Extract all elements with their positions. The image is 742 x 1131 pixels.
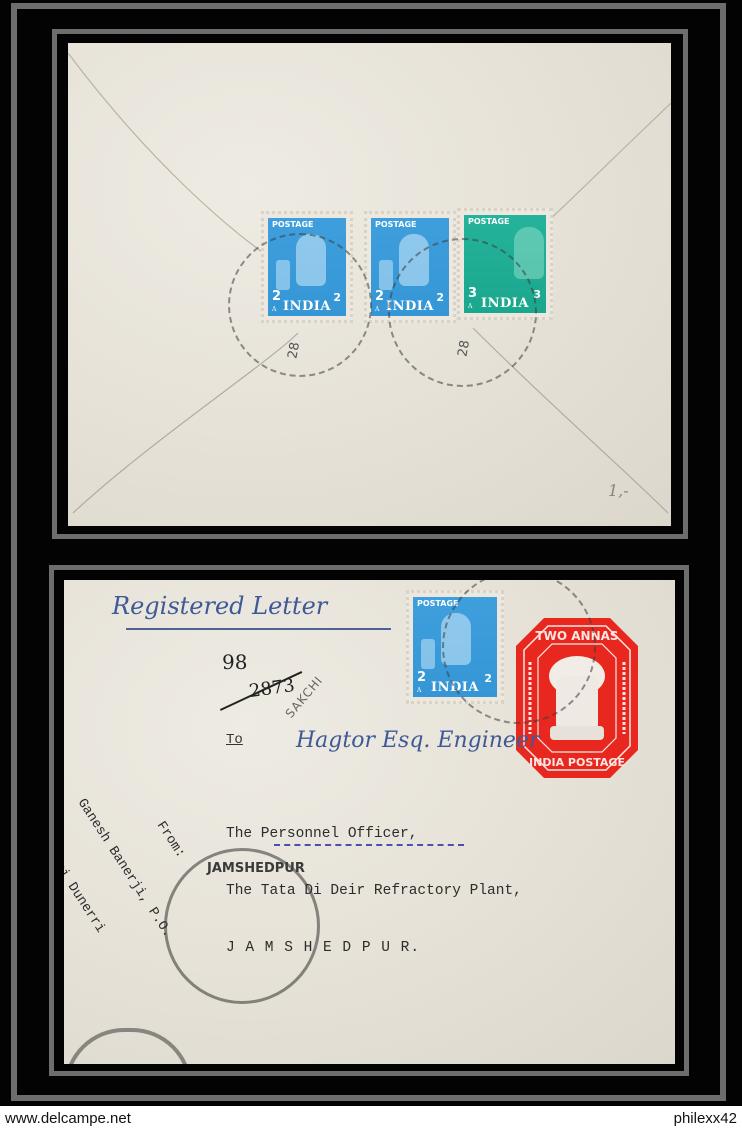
stamp-caption: POSTAGE	[468, 217, 509, 226]
display-frame: POSTAGE 2 2 A INDIA POSTAGE 2 2 A INDIA	[0, 0, 742, 1106]
partial-postmark	[64, 1028, 192, 1064]
envelope-front-panel: Registered Letter 98 2873 SAKCHI POSTAGE…	[49, 565, 689, 1076]
address-line-1: The Personnel Officer,	[226, 825, 522, 844]
seller-name[interactable]: philexx42	[674, 1110, 737, 1127]
pencil-price-note: 1,-	[608, 481, 629, 500]
envelope-front[interactable]: Registered Letter 98 2873 SAKCHI POSTAGE…	[64, 580, 675, 1064]
handwritten-addressee: Hagtor Esq. Engineer	[296, 728, 539, 753]
envelope-back-panel: POSTAGE 2 2 A INDIA POSTAGE 2 2 A INDIA	[52, 29, 688, 539]
postmark-date: 28	[285, 341, 303, 360]
spinning-wheel-icon	[379, 260, 393, 290]
city-underline	[274, 844, 464, 846]
postmark-date: 28	[455, 339, 473, 358]
spinning-wheel-icon	[421, 639, 435, 669]
jamshedpur-postmark: JAMSHEDPUR	[164, 848, 320, 1004]
envelope-back[interactable]: POSTAGE 2 2 A INDIA POSTAGE 2 2 A INDIA	[68, 43, 671, 526]
to-label: To	[226, 732, 243, 748]
postmark-city: JAMSHEDPUR	[207, 861, 305, 876]
registration-number: 98	[222, 650, 247, 674]
registered-letter-note: Registered Letter	[112, 592, 327, 620]
stamp-caption: POSTAGE	[375, 220, 416, 229]
indicium-bottom-text: INDIA POSTAGE	[529, 756, 625, 769]
header-underline	[126, 628, 391, 630]
postmark-back-right	[388, 238, 537, 387]
stamp-caption: POSTAGE	[272, 220, 313, 229]
registration-number-2: 2873	[248, 675, 296, 702]
delcampe-watermark[interactable]: www.delcampe.net	[5, 1110, 131, 1127]
